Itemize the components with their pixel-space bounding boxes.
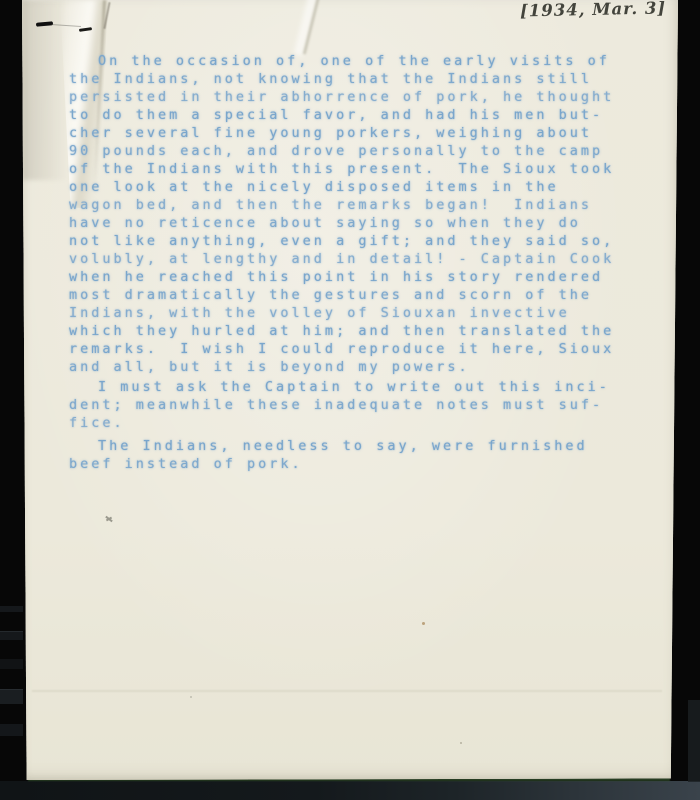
date-annotation: [1934, Mar. 3]	[520, 0, 660, 20]
page-stack-ridge	[0, 659, 23, 669]
typed-line: beef instead of pork.	[69, 455, 649, 473]
paper-speck	[190, 696, 192, 698]
paper-speck	[422, 622, 425, 625]
page-stack-ridge	[0, 606, 23, 612]
typed-text: On the occasion of, one of the early vis…	[69, 52, 649, 473]
scan-bed-edge	[688, 700, 700, 782]
typed-line: of the Indians with this present. The Si…	[69, 160, 649, 178]
typed-line: fice.	[69, 414, 649, 432]
typed-line: most dramatically the gestures and scorn…	[69, 286, 649, 304]
typed-line: 90 pounds each, and drove personally to …	[69, 142, 649, 160]
typed-line: The Indians, needless to say, were furni…	[69, 437, 649, 455]
page-stack-ridge	[0, 724, 23, 736]
typed-line: not like anything, even a gift; and they…	[69, 232, 649, 250]
typed-line: cher several fine young porkers, weighin…	[69, 124, 649, 142]
paragraph: On the occasion of, one of the early vis…	[69, 52, 649, 376]
typed-line: I must ask the Captain to write out this…	[69, 378, 649, 396]
typed-line: persisted in their abhorrence of pork, h…	[69, 88, 649, 106]
ink-smudge	[105, 515, 113, 523]
typed-line: Indians, with the volley of Siouxan inve…	[69, 304, 649, 322]
scan-bed-strip	[0, 781, 700, 800]
typed-line: to do them a special favor, and had his …	[69, 106, 649, 124]
typed-line: when he reached this point in his story …	[69, 268, 649, 286]
typed-line: one look at the nicely disposed items in…	[69, 178, 649, 196]
paper-fold-line	[32, 690, 662, 692]
typed-line: wagon bed, and then the remarks began! I…	[69, 196, 649, 214]
typed-line: remarks. I wish I could reproduce it her…	[69, 340, 649, 358]
paragraph: The Indians, needless to say, were furni…	[69, 437, 649, 473]
typed-line: dent; meanwhile these inadequate notes m…	[69, 396, 649, 414]
typed-line: which they hurled at him; and then trans…	[69, 322, 649, 340]
typed-line: volubly, at lengthy and in detail! - Cap…	[69, 250, 649, 268]
typed-line: have no reticence about saying so when t…	[69, 214, 649, 232]
page-stack-ridge	[0, 689, 23, 704]
page-stack-ridge	[0, 631, 23, 640]
paragraph: I must ask the Captain to write out this…	[69, 378, 649, 432]
paper-speck	[460, 742, 462, 744]
typed-line: On the occasion of, one of the early vis…	[69, 52, 649, 70]
typed-line: and all, but it is beyond my powers.	[69, 358, 649, 376]
paper: [1934, Mar. 3] On the occasion of, one o…	[22, 0, 678, 780]
scanned-document-view: [1934, Mar. 3] On the occasion of, one o…	[0, 0, 700, 800]
typed-line: the Indians, not knowing that the Indian…	[69, 70, 649, 88]
paper-crease-shadow	[22, 0, 68, 180]
